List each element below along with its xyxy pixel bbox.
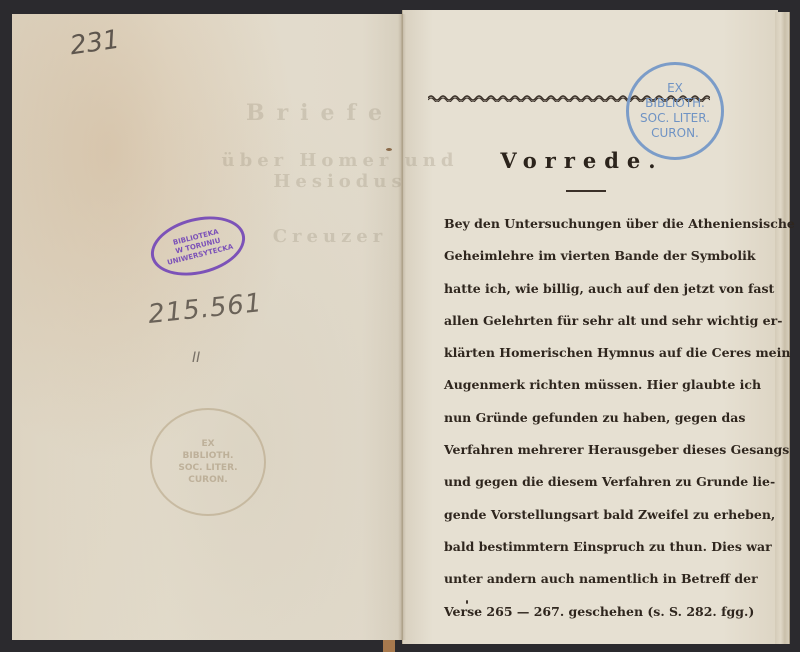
text-line: Bey den Untersuchungen über die Athenien…	[444, 208, 718, 240]
text-line: gende Vorstellungsart bald Zweifel zu er…	[444, 499, 718, 531]
bleed-through-author: Creuzer	[240, 226, 420, 247]
stamp-line: BIBLIOTH.	[645, 96, 705, 111]
ink-speck	[386, 148, 392, 151]
text-line: Augenmerk richten müssen. Hier glaubte i…	[444, 369, 718, 401]
bleed-through-subtitle: über Homer und Hesiodus	[190, 150, 490, 192]
spine-tab	[383, 640, 395, 652]
text-line: hatte ich, wie billig, auch auf den jetz…	[444, 273, 718, 305]
stamp-line: CURON.	[651, 126, 699, 141]
text-line: klärten Homerischen Hymnus auf die Ceres…	[444, 337, 718, 369]
book-spread: Briefe über Homer und Hesiodus Creuzer 2…	[0, 0, 800, 652]
bleed-through-title: Briefe	[230, 100, 410, 126]
stamp-line: SOC. LITER.	[178, 462, 237, 474]
page-edges	[775, 12, 790, 644]
stamp-line: CURON.	[188, 474, 227, 486]
page-heading: Vorrede.	[470, 148, 694, 173]
text-line: nun Gründe gefunden zu haben, gegen das	[444, 402, 718, 434]
heading-rule	[566, 190, 606, 192]
text-line: allen Gelehrten für sehr alt und sehr wi…	[444, 305, 718, 337]
pencil-mark: II	[192, 350, 200, 366]
stamp-line: BIBLIOTH.	[183, 450, 234, 462]
text-line: bald bestimmtern Einspruch zu thun. Dies…	[444, 531, 718, 563]
text-line: Verfahren mehrerer Herausgeber dieses Ge…	[444, 434, 718, 466]
stamp-line: EX	[667, 81, 683, 96]
faded-library-stamp: EX BIBLIOTH. SOC. LITER. CURON.	[150, 408, 266, 516]
stamp-line: EX	[201, 438, 214, 450]
text-line: Geheimlehre im vierten Bande der Symboli…	[444, 240, 718, 272]
text-line: und gegen die diesem Verfahren zu Grunde…	[444, 466, 718, 498]
text-line: Verse 265 — 267. geschehen (s. S. 282. f…	[444, 596, 718, 628]
ink-speck	[466, 600, 468, 604]
text-line: unter andern auch namentlich in Betreff …	[444, 563, 718, 595]
body-text: Bey den Untersuchungen über die Athenien…	[444, 208, 718, 628]
stamp-line: SOC. LITER.	[640, 111, 710, 126]
library-stamp-circle: EX BIBLIOTH. SOC. LITER. CURON.	[626, 62, 724, 160]
